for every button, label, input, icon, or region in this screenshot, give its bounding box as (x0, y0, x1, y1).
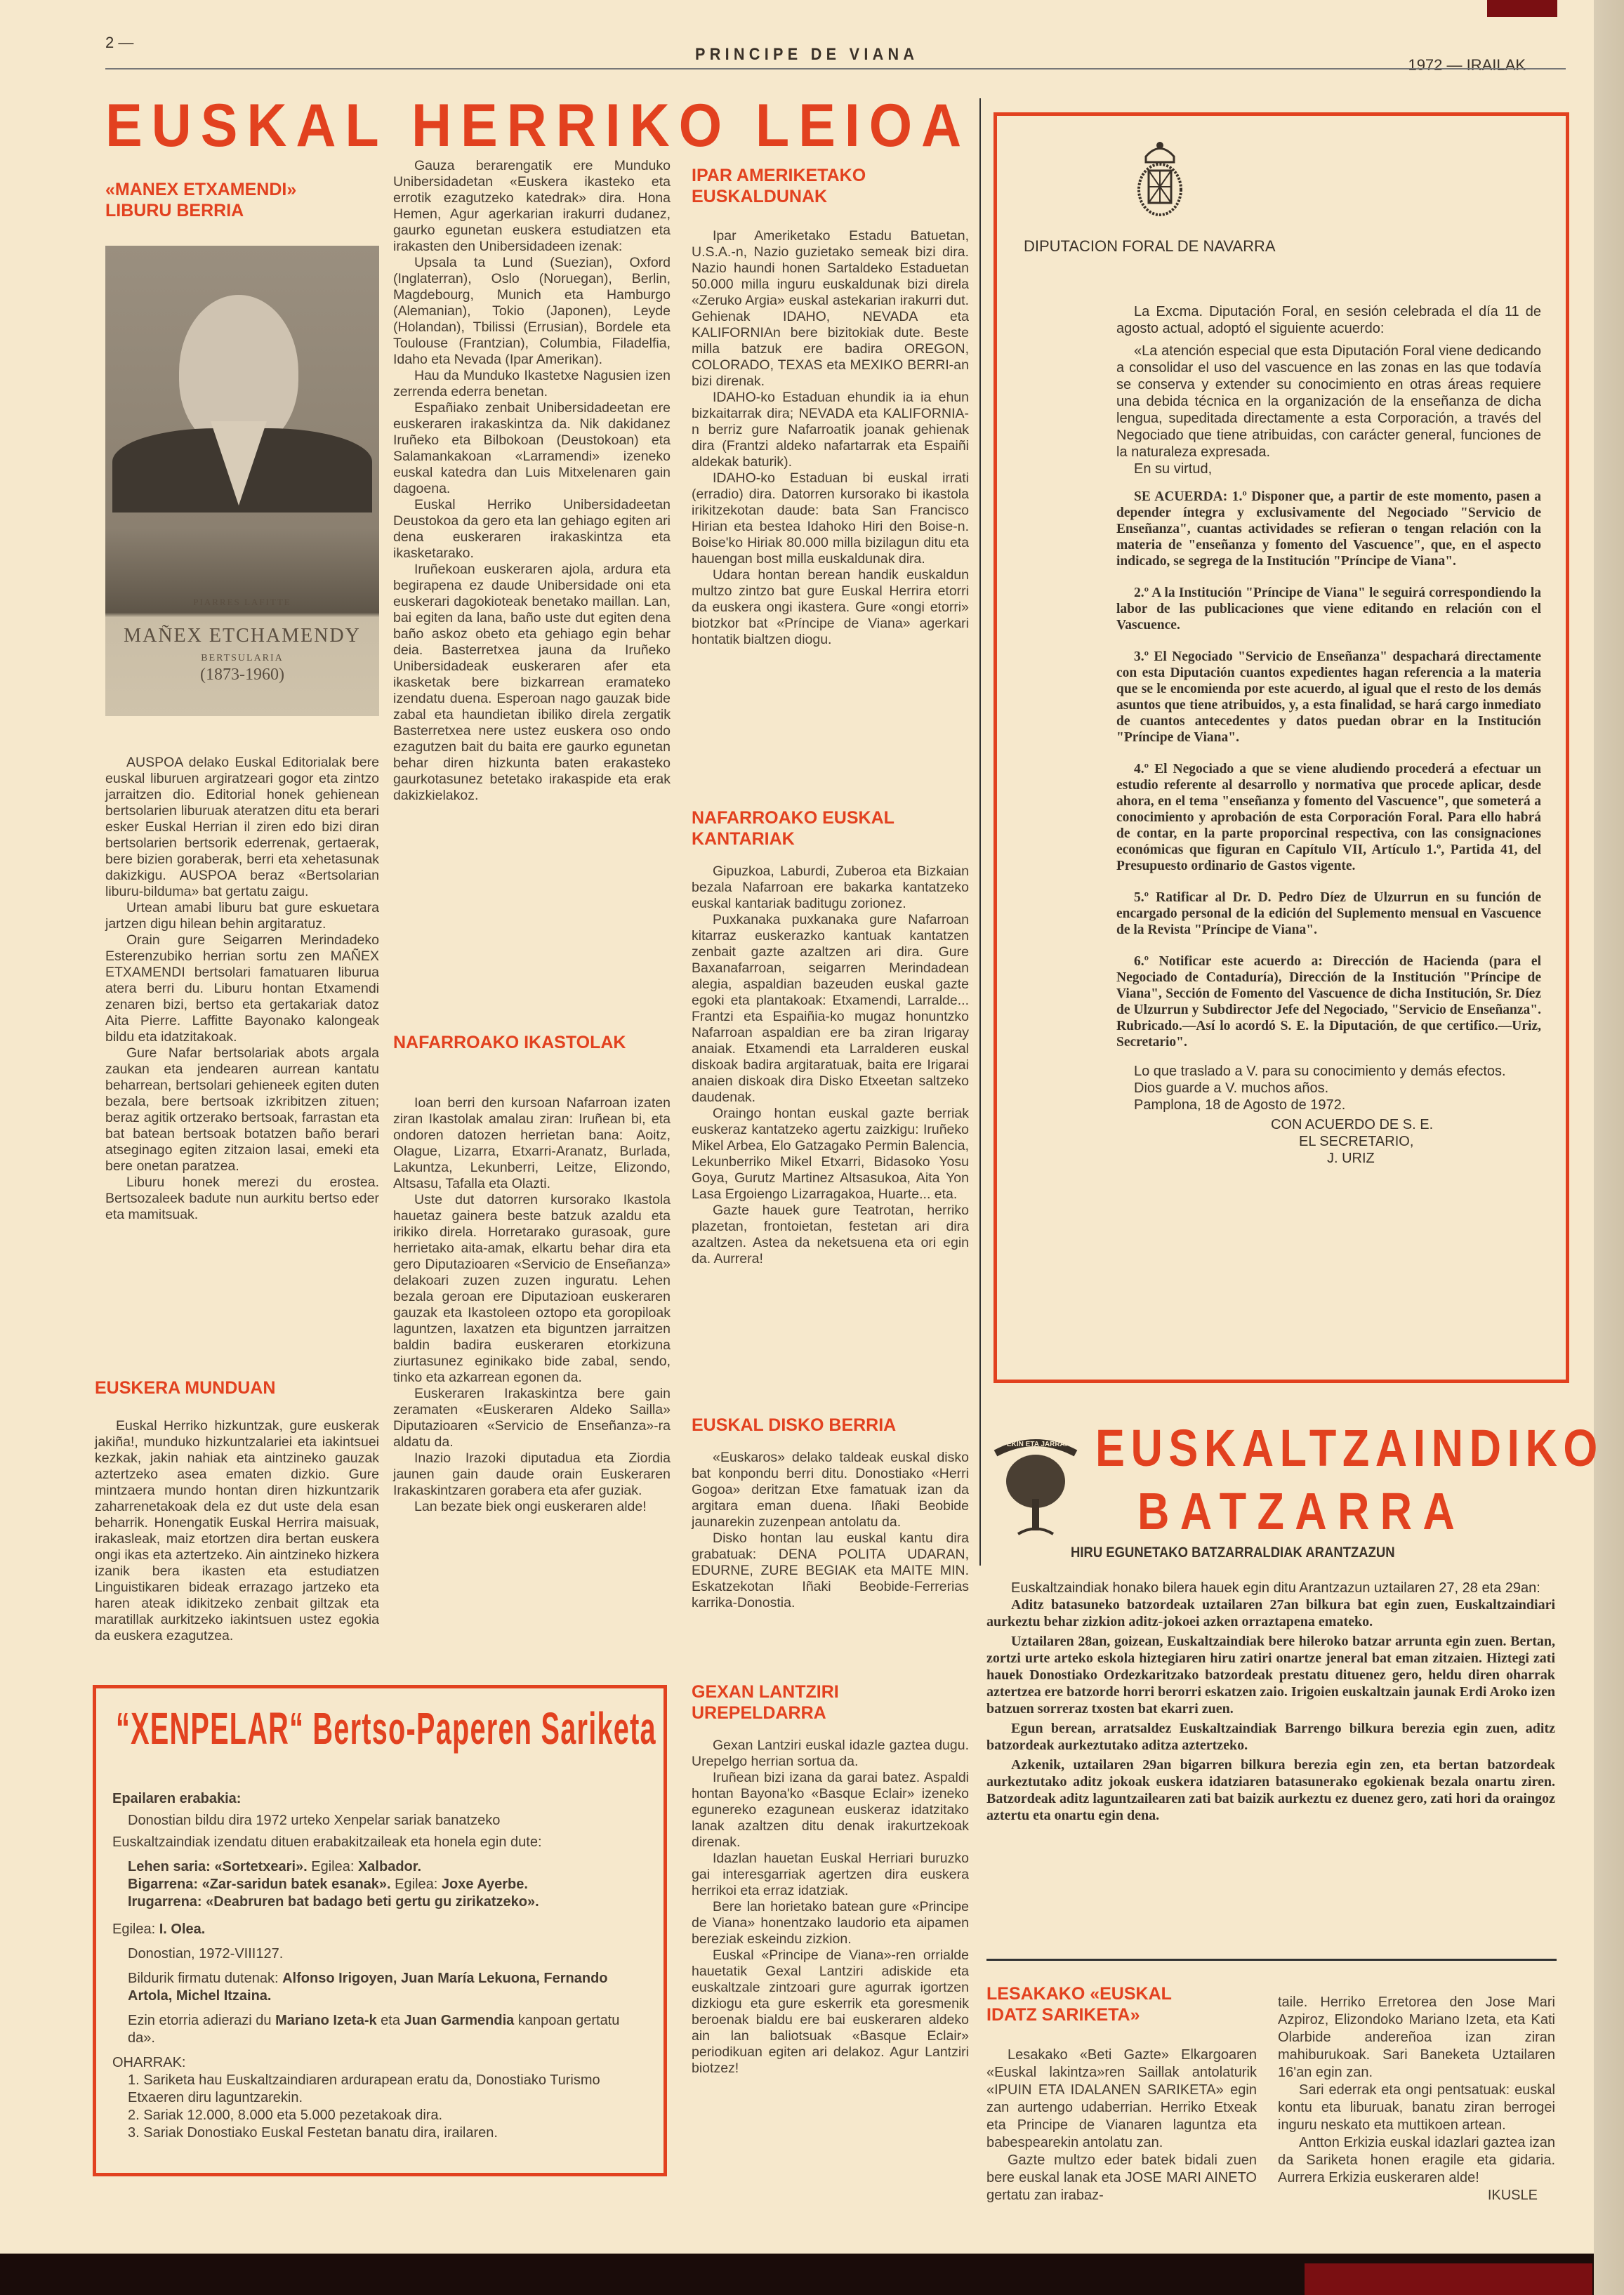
paragraph: Iruñean bizi izana da garai batez. Aspal… (692, 1770, 969, 1851)
column-divider (979, 98, 981, 1566)
paragraph: IDAHO-ko Estaduan bi euskal irrati (erra… (692, 470, 969, 567)
paragraph: Puxkanaka puxkanaka gure Nafarroan kitar… (692, 912, 969, 1106)
binding-cloth (1487, 0, 1557, 17)
letter-virtud: En su virtud, (1116, 461, 1541, 477)
paragraph: Lan bezate biek ongi euskeraren alde! (393, 1499, 671, 1515)
third-author: Egilea: I. Olea. (112, 1921, 639, 1938)
paragraph: Urtean amabi liburu bat gure eskuetara j… (105, 900, 379, 932)
binding-spine (1594, 0, 1624, 2295)
note-item: 3. Sariak Donostiako Euskal Festetan ban… (112, 2124, 639, 2142)
signatories: Bildurik firmatu dutenak: Alfonso Irigoy… (112, 1970, 639, 2005)
letter-signature: EL SECRETARIO, (1299, 1133, 1541, 1150)
paragraph: Euskal Herriko hizkuntzak, gure euskerak… (95, 1418, 379, 1644)
emblem-motto: EKIN ETA JARRAI (1007, 1441, 1067, 1448)
prize-title: Lehen saria: «Sortetxeari». (128, 1859, 308, 1874)
letter-closing: Lo que traslado a V. para su conocimient… (1116, 1063, 1541, 1080)
article-ikastolak: NAFARROAKO IKASTOLAK Ioan berri den kurs… (393, 1032, 671, 1515)
article-munduan: EUSKERA MUNDUAN Euskal Herriko hizkuntza… (95, 1377, 379, 1644)
author-label: Egilea: (395, 1877, 437, 1892)
paragraph: Euskaltzaindiak honako bilera hauek egin… (986, 1580, 1555, 1596)
article-disko: EUSKAL DISKO BERRIA «Euskaros» delako ta… (692, 1415, 969, 1611)
paragraph: Euskal «Principe de Viana»-ren orrialde … (692, 1947, 969, 2077)
paragraph: Ioan berri den kursoan Nafarroan izaten … (393, 1095, 671, 1192)
paragraph: AUSPOA delako Euskal Editorialak bere eu… (105, 755, 379, 900)
letter-signature: CON ACUERDO DE S. E. (1271, 1116, 1541, 1133)
diputacion-org-name: DIPUTACION FORAL DE NAVARRA (1024, 237, 1276, 256)
paragraph: Gexan Lantziri euskal idazle gaztea dugu… (692, 1738, 969, 1770)
prize-title: Bigarrena: «Zar-saridun batek esanak». (128, 1877, 391, 1892)
article-heading: GEXAN LANTZIRI (692, 1681, 969, 1702)
paragraph: Disko hontan lau euskal kantu dira graba… (692, 1530, 969, 1611)
paragraph: Donostian bildu dira 1972 urteko Xenpela… (112, 1812, 639, 1830)
article-signature: IKUSLE (1278, 2187, 1538, 2204)
person-name: Juan Garmendia (404, 2013, 515, 2028)
paragraph: Gure Nafar bertsolariak abots argala zau… (105, 1045, 379, 1175)
article-kantariak: NAFARROAKO EUSKAL KANTARIAK Gipuzkoa, La… (692, 807, 969, 1267)
letter-signature: J. URIZ (1327, 1150, 1541, 1167)
letter-intro: La Excma. Diputación Foral, en sesión ce… (1116, 303, 1541, 337)
article-heading: IPAR AMERIKETAKO (692, 165, 969, 186)
article-lesaka: LESAKAKO «EUSKAL IDATZ SARIKETA» Lesakak… (986, 1983, 1257, 2204)
signed-label: Bildurik firmatu dutenak: (128, 1971, 279, 1986)
euskaltzaindia-subtitle: HIRU EGUNETAKO BATZARRALDIAK ARANTZAZUN (1071, 1545, 1395, 1561)
section-rule (986, 1959, 1557, 1961)
prize-author: Joxe Ayerbe. (442, 1877, 528, 1892)
paragraph: Gazte hauek gure Teatrotan, herriko plaz… (692, 1203, 969, 1267)
prize-row: Irugarrena: «Deabruren bat badago beti g… (112, 1893, 639, 1911)
letter-quote: «La atención especial que esta Diputació… (1116, 343, 1541, 461)
text: Ezin etorria adierazi du (128, 2013, 272, 2028)
photo-name: MAÑEX ETCHAMENDY (105, 625, 379, 647)
photo-subtitle: BERTSULARIA (105, 653, 379, 664)
paragraph: Azkenik, uztailaren 29an bigarren bilkur… (986, 1757, 1555, 1824)
paragraph: Iruñekoan euskeraren ajola, ardura eta b… (393, 562, 671, 804)
paragraph: IDAHO-ko Estaduan ehundik ia ia ehun biz… (692, 390, 969, 470)
article-heading: EUSKERA MUNDUAN (95, 1377, 379, 1398)
article-heading: EUSKAL DISKO BERRIA (692, 1415, 969, 1436)
article-ipar: IPAR AMERIKETAKO EUSKALDUNAK Ipar Amerik… (692, 165, 969, 648)
article-heading: UREPELDARRA (692, 1702, 969, 1724)
article-manex: «MANEX ETXAMENDI» LIBURU BERRIA (105, 179, 379, 221)
paragraph: Euskeraren Irakaskintza bere gain zerama… (393, 1386, 671, 1450)
euskaltzaindia-oak-tree-icon: EKIN ETA JARRAI (990, 1432, 1081, 1537)
article-heading: «MANEX ETXAMENDI» (105, 179, 379, 200)
paragraph: Uste dut datorren kursorako Ikastola hau… (393, 1192, 671, 1386)
prize-author: Xalbador. (358, 1859, 421, 1874)
paragraph: Oraingo hontan euskal gazte berriak eusk… (692, 1106, 969, 1203)
paragraph: Euskal Herriko Unibersidadeetan Deustoko… (393, 497, 671, 562)
photo-credit: PIARRES LAFITTE (105, 597, 379, 608)
article-lesaka-cont: taile. Herriko Erretorea den Jose Mari A… (1278, 1994, 1555, 2204)
resolution-point: 2.º A la Institución "Príncipe de Viana"… (1116, 585, 1541, 633)
paragraph: Españiako zenbait Unibersidadeetan ere e… (393, 400, 671, 497)
article-heading: LESAKAKO «EUSKAL (986, 1983, 1257, 2004)
euskaltzaindia-title: BATZARRA (1137, 1481, 1465, 1541)
xenpelar-body: Epailaren erabakia: Donostian bildu dira… (112, 1790, 639, 2142)
article-manex-body: AUSPOA delako Euskal Editorialak bere eu… (105, 755, 379, 1223)
paragraph: «Euskaros» delako taldeak euskal disko b… (692, 1450, 969, 1530)
xenpelar-date: Donostian, 1972-VIII127. (112, 1945, 639, 1963)
resolution-point: 5.º Ratificar al Dr. D. Pedro Díez de Ul… (1116, 889, 1541, 938)
paragraph: Gauza berarengatik ere Munduko Unibersid… (393, 158, 671, 255)
article-heading: IDATZ SARIKETA» (986, 2004, 1257, 2025)
paragraph: Idazlan hauetan Euskal Herriari buruzko … (692, 1851, 969, 1899)
masthead-title: EUSKAL HERRIKO LEIOA (105, 91, 970, 161)
decision-label: Epailaren erabakia: (112, 1790, 639, 1808)
paragraph: Euskaltzaindiak izendatu dituen erabakit… (112, 1834, 639, 1851)
article-gexan: GEXAN LANTZIRI UREPELDARRA Gexan Lantzir… (692, 1681, 969, 2077)
paragraph: Ipar Ameriketako Estadu Batuetan, U.S.A.… (692, 228, 969, 390)
notes-heading: OHARRAK: (112, 2054, 639, 2072)
paragraph: Uztailaren 28an, goizean, Euskaltzaindia… (986, 1633, 1555, 1717)
prize-row: Lehen saria: «Sortetxeari». Egilea: Xalb… (112, 1858, 639, 1876)
note-item: 1. Sariketa hau Euskaltzaindiaren ardura… (112, 2072, 639, 2107)
page-number: 2 — (105, 34, 133, 52)
paragraph: Antton Erkizia euskal idazlari gaztea iz… (1278, 2134, 1555, 2187)
article-heading: EUSKALDUNAK (692, 186, 969, 207)
issue-date: 1972 — IRAILAK (1408, 56, 1526, 74)
letter-closing: Dios guarde a V. muchos años. (1116, 1080, 1541, 1097)
euskaltzaindia-title: EUSKALTZAINDIKO (1095, 1418, 1604, 1478)
resolution-point: 3.º El Negociado "Servicio de Enseñanza"… (1116, 649, 1541, 746)
paragraph: Aditz batasuneko batzordeak uztailaren 2… (986, 1596, 1555, 1630)
paragraph: Orain gure Seigarren Merindadeko Esteren… (105, 932, 379, 1045)
paragraph: Upsala ta Lund (Suezian), Oxford (Inglat… (393, 255, 671, 368)
text: eta (381, 2013, 400, 2028)
author-label: Egilea: (311, 1859, 354, 1874)
paragraph: Egun berean, arratsaldez Euskaltzaindiak… (986, 1720, 1555, 1754)
letter-date: Pamplona, 18 de Agosto de 1972. (1116, 1097, 1541, 1113)
paragraph: Sari ederrak eta ongi pentsatuak: euskal… (1278, 2082, 1555, 2134)
paragraph: Bere lan horietako batean gure «Principe… (692, 1899, 969, 1947)
person-name: Mariano Izeta-k (275, 2013, 376, 2028)
paragraph: Gipuzkoa, Laburdi, Zuberoa eta Bizkaian … (692, 864, 969, 912)
article-heading: NAFARROAKO IKASTOLAK (393, 1032, 671, 1053)
photo-dates: (1873-1960) (105, 666, 379, 684)
paragraph: Lesakako «Beti Gazte» Elkargoaren «Euska… (986, 2046, 1257, 2152)
resolution-point: 4.º El Negociado a que se viene aludiend… (1116, 761, 1541, 874)
prize-title: Irugarrena: «Deabruren bat badago beti g… (128, 1894, 539, 1910)
paragraph: Udara hontan berean handik euskaldun mul… (692, 567, 969, 648)
prize-row: Bigarrena: «Zar-saridun batek esanak». E… (112, 1876, 639, 1893)
xenpelar-title: “XENPELAR“ Bertso-Paperen Sariketa (116, 1702, 656, 1754)
note-item: 2. Sariak 12.000, 8.000 eta 5.000 pezeta… (112, 2107, 639, 2124)
binding-cloth (1305, 2263, 1592, 2295)
prize-author: I. Olea. (159, 1922, 206, 1937)
running-head: PRINCIPE DE VIANA (695, 45, 918, 65)
header-rule (105, 68, 1566, 70)
article-heading: LIBURU BERRIA (105, 200, 379, 221)
resolution-point: SE ACUERDA: 1.º Disponer que, a partir d… (1116, 489, 1541, 569)
paragraph: Liburu honek merezi du erostea. Bertsoza… (105, 1175, 379, 1223)
paragraph: Hau da Munduko Ikastetxe Nagusien izen z… (393, 368, 671, 400)
portrait-photo: PIARRES LAFITTE MAÑEX ETCHAMENDY BERTSUL… (105, 246, 379, 716)
paragraph: taile. Herriko Erretorea den Jose Mari A… (1278, 1994, 1555, 2082)
article-heading: KANTARIAK (692, 828, 969, 849)
diputacion-letter: La Excma. Diputación Foral, en sesión ce… (1116, 303, 1541, 1167)
resolution-point: 6.º Notificar este acuerdo a: Dirección … (1116, 953, 1541, 1050)
article-heading: NAFARROAKO EUSKAL (692, 807, 969, 828)
paragraph: Gazte multzo eder batek bidali zuen bere… (986, 2152, 1257, 2204)
absent-note: Ezin etorria adierazi du Mariano Izeta-k… (112, 2012, 639, 2047)
paragraph: Inazio Irazoki diputadua eta Ziordia jau… (393, 1450, 671, 1499)
author-label: Egilea: (112, 1922, 155, 1937)
article-munduan-cont: Gauza berarengatik ere Munduko Unibersid… (393, 158, 671, 804)
euskaltzaindia-body: Euskaltzaindiak honako bilera hauek egin… (986, 1580, 1555, 1824)
navarra-coat-of-arms-icon (1132, 137, 1188, 218)
